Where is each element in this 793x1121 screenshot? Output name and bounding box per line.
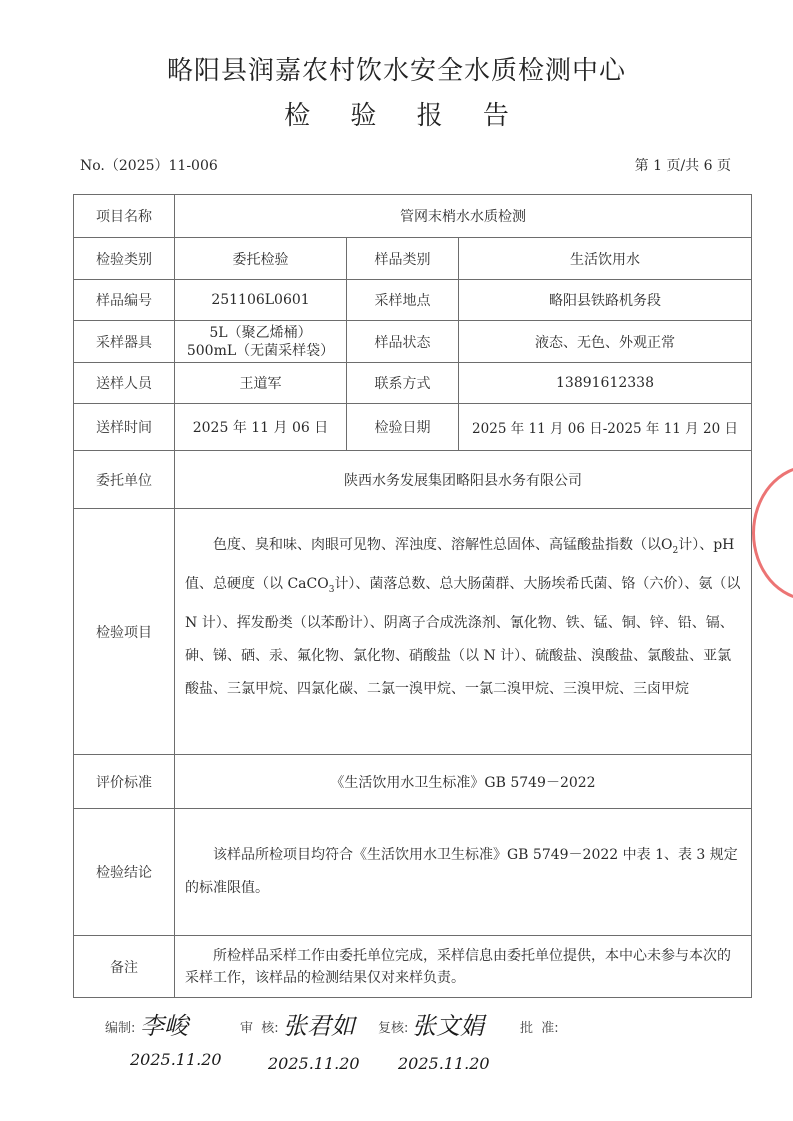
label-sampling-site: 采样地点 <box>347 280 459 321</box>
label-standard: 评价标准 <box>74 755 175 809</box>
items-text-1: 色度、臭和味、肉眼可见物、浑浊度、溶解性总固体、高锰酸盐指数（以O <box>213 537 672 553</box>
value-inspection-type: 委托检验 <box>175 238 347 280</box>
row-conclusion: 检验结论 该样品所检项目均符合《生活饮用水卫生标准》GB 5749－2022 中… <box>74 809 752 936</box>
approver-label: 批 准: <box>520 1017 559 1036</box>
label-remarks: 备注 <box>74 936 175 998</box>
row-sampling-tools: 采样器具 5L（聚乙烯桶） 500mL（无菌采样袋） 样品状态 液态、无色、外观… <box>74 321 752 363</box>
report-table: 项目名称 管网末梢水水质检测 检验类别 委托检验 样品类别 生活饮用水 样品编号… <box>73 194 752 998</box>
compiler-label: 编制: <box>105 1017 135 1036</box>
compiler-signature: 李峻 <box>140 1006 188 1041</box>
value-submit-time: 2025 年 11 月 06 日 <box>175 404 347 451</box>
report-title: 检 验 报 告 <box>0 95 793 132</box>
official-stamp <box>752 465 793 601</box>
label-project-name: 项目名称 <box>74 195 175 238</box>
compiler-date: 2025.11.20 <box>130 1050 222 1069</box>
label-contact: 联系方式 <box>347 363 459 404</box>
row-sample-id: 样品编号 251106L0601 采样地点 略阳县铁路机务段 <box>74 280 752 321</box>
row-client: 委托单位 陕西水务发展集团略阳县水务有限公司 <box>74 451 752 509</box>
label-sample-category: 样品类别 <box>347 238 459 280</box>
label-client: 委托单位 <box>74 451 175 509</box>
row-project-name: 项目名称 管网末梢水水质检测 <box>74 195 752 238</box>
label-submit-time: 送样时间 <box>74 404 175 451</box>
reviewer-label: 审 核: <box>240 1017 279 1036</box>
value-contact: 13891612338 <box>459 363 752 404</box>
rechecker-date: 2025.11.20 <box>398 1054 490 1073</box>
value-sample-id: 251106L0601 <box>175 280 347 321</box>
row-standard: 评价标准 《生活饮用水卫生标准》GB 5749－2022 <box>74 755 752 809</box>
label-conclusion: 检验结论 <box>74 809 175 936</box>
label-items: 检验项目 <box>74 509 175 755</box>
value-sample-category: 生活饮用水 <box>459 238 752 280</box>
report-number: No.（2025）11-006 <box>80 155 218 175</box>
reviewer-date: 2025.11.20 <box>268 1054 360 1073</box>
sampling-tool-1: 5L（聚乙烯桶） <box>179 324 342 342</box>
row-submitter: 送样人员 王道军 联系方式 13891612338 <box>74 363 752 404</box>
label-inspection-date: 检验日期 <box>347 404 459 451</box>
value-client: 陕西水务发展集团略阳县水务有限公司 <box>175 451 752 509</box>
row-items: 检验项目 色度、臭和味、肉眼可见物、浑浊度、溶解性总固体、高锰酸盐指数（以O2计… <box>74 509 752 755</box>
rechecker-label: 复核: <box>378 1017 408 1036</box>
sampling-tool-2: 500mL（无菌采样袋） <box>179 342 342 360</box>
rechecker-signature: 张文娟 <box>412 1006 484 1041</box>
row-remarks: 备注 所检样品采样工作由委托单位完成，采样信息由委托单位提供，本中心未参与本次的… <box>74 936 752 998</box>
label-submitter: 送样人员 <box>74 363 175 404</box>
reviewer-signature: 张君如 <box>283 1006 355 1041</box>
value-sampling-site: 略阳县铁路机务段 <box>459 280 752 321</box>
signature-row: 编制: 李峻 2025.11.20 审 核: 张君如 2025.11.20 复核… <box>0 1012 793 1112</box>
value-sample-state: 液态、无色、外观正常 <box>459 321 752 363</box>
value-project-name: 管网末梢水水质检测 <box>175 195 752 238</box>
org-title: 略阳县润嘉农村饮水安全水质检测中心 <box>0 50 793 87</box>
value-inspection-date: 2025 年 11 月 06 日-2025 年 11 月 20 日 <box>459 404 752 451</box>
label-sample-state: 样品状态 <box>347 321 459 363</box>
page-info: 第 1 页/共 6 页 <box>635 155 731 175</box>
value-sampling-tools: 5L（聚乙烯桶） 500mL（无菌采样袋） <box>175 321 347 363</box>
label-sample-id: 样品编号 <box>74 280 175 321</box>
label-sampling-tools: 采样器具 <box>74 321 175 363</box>
value-submitter: 王道军 <box>175 363 347 404</box>
label-inspection-type: 检验类别 <box>74 238 175 280</box>
items-text-3: 计）、菌落总数、总大肠菌群、大肠埃希氏菌、铬（六价）、氨（以 N 计）、挥发酚类… <box>185 576 740 697</box>
row-inspection-type: 检验类别 委托检验 样品类别 生活饮用水 <box>74 238 752 280</box>
row-dates: 送样时间 2025 年 11 月 06 日 检验日期 2025 年 11 月 0… <box>74 404 752 451</box>
value-standard: 《生活饮用水卫生标准》GB 5749－2022 <box>175 755 752 809</box>
value-remarks: 所检样品采样工作由委托单位完成，采样信息由委托单位提供，本中心未参与本次的采样工… <box>175 936 752 998</box>
value-items: 色度、臭和味、肉眼可见物、浑浊度、溶解性总固体、高锰酸盐指数（以O2计）、pH … <box>175 509 752 755</box>
value-conclusion: 该样品所检项目均符合《生活饮用水卫生标准》GB 5749－2022 中表 1、表… <box>175 809 752 936</box>
